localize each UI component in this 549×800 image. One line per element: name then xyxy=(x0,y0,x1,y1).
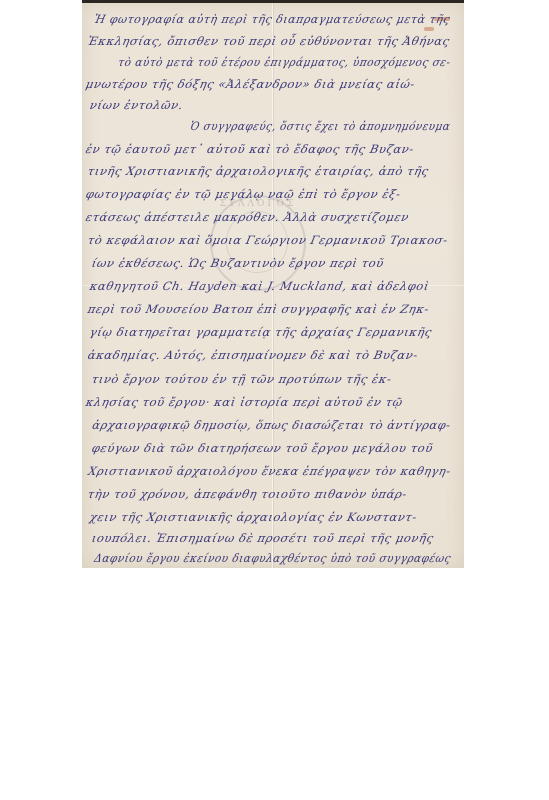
handwritten-line: ιουπόλει. Ἐπισημαίνω δὲ προσέτι τοῦ περὶ… xyxy=(91,531,436,545)
handwritten-line: τὸ κεφάλαιον καὶ ὅμοια Γεώργιον Γερμανικ… xyxy=(87,233,450,247)
handwritten-line: Ἡ φωτογραφία αὐτὴ περὶ τῆς διαπραγματεύσ… xyxy=(93,12,452,26)
handwritten-line: ίων ἐκθέσεως. Ὡς Βυζαντινὸν ἔργον περὶ τ… xyxy=(91,256,386,270)
handwritten-line: μνωτέρου τῆς δόξης «Ἀλέξανδρον» διὰ μνεί… xyxy=(85,77,417,91)
handwritten-line: ετάσεως ἀπέστειλε μακρόθεν. Ἀλλὰ συσχετί… xyxy=(85,210,411,224)
handwritten-line: φωτογραφίας ἐν τῷ μεγάλῳ ναῷ ἐπὶ τὸ ἔργο… xyxy=(85,187,403,201)
handwritten-line: Δαφνίου ἔργου ἐκείνου διαφυλαχθέντος ὑπὸ… xyxy=(93,551,453,565)
handwritten-line: ἀκαδημίας. Αὐτός, ἐπισημαίνομεν δὲ καὶ τ… xyxy=(87,348,420,362)
handwritten-line: ἐν τῷ ἑαυτοῦ μετ᾽ αὐτοῦ καὶ τὸ ἔδαφος τῆ… xyxy=(85,142,416,156)
handwritten-line: περὶ τοῦ Μουσείου Βατοπ ἐπὶ συγγραφῆς κα… xyxy=(87,302,431,316)
handwritten-line: γίῳ διατηρεῖται γραμματείᾳ τῆς ἀρχαίας Γ… xyxy=(89,325,434,339)
handwritten-line: καθηγητοῦ Ch. Hayden καὶ J. Muckland, κα… xyxy=(89,279,431,293)
handwritten-line: τινῆς Χριστιανικῆς ἀρχαιολογικῆς ἑταιρία… xyxy=(87,164,431,178)
handwritten-line: τὸ αὐτὸ μετὰ τοῦ ἑτέρου ἐπιγράμματος, ὑπ… xyxy=(117,55,452,69)
handwritten-line: χειν τῆς Χριστιανικῆς ἀρχαιολογίας ἐν Κω… xyxy=(89,510,419,524)
handwritten-line: φεύγων διὰ τῶν διατηρήσεων τοῦ ἔργου μεγ… xyxy=(91,441,435,455)
ink-stain xyxy=(424,27,434,31)
handwritten-line: νίων ἐντολῶν. xyxy=(89,98,185,112)
handwritten-line: Ἐκκλησίας, ὄπισθεν τοῦ περὶ οὗ εὐθύνοντα… xyxy=(87,34,452,48)
handwritten-line: ἀρχαιογραφικῷ δημοσίῳ, ὅπως διασώζεται τ… xyxy=(91,418,452,432)
handwritten-line: τὴν τοῦ χρόνου, ἀπεφάνθη τοιοῦτο πιθανὸν… xyxy=(87,487,409,501)
handwritten-line: Χριστιανικοῦ ἀρχαιολόγου ἕνεκα ἐπέγραψεν… xyxy=(87,464,452,478)
handwritten-line: κλησίας τοῦ ἔργου· καὶ ἱστορία περὶ αὐτο… xyxy=(85,395,405,409)
manuscript-page: ΣΥΛΛΟΓΟΣ Ἡ φωτογραφία αὐτὴ περὶ τῆς διαπ… xyxy=(82,3,464,568)
handwritten-line: Ὁ συγγραφεύς, ὅστις ἔχει τὸ ἀπομνημόνευμ… xyxy=(189,119,452,133)
handwritten-line: τινὸ ἔργον τούτου ἐν τῇ τῶν προτύπων τῆς… xyxy=(91,372,394,386)
